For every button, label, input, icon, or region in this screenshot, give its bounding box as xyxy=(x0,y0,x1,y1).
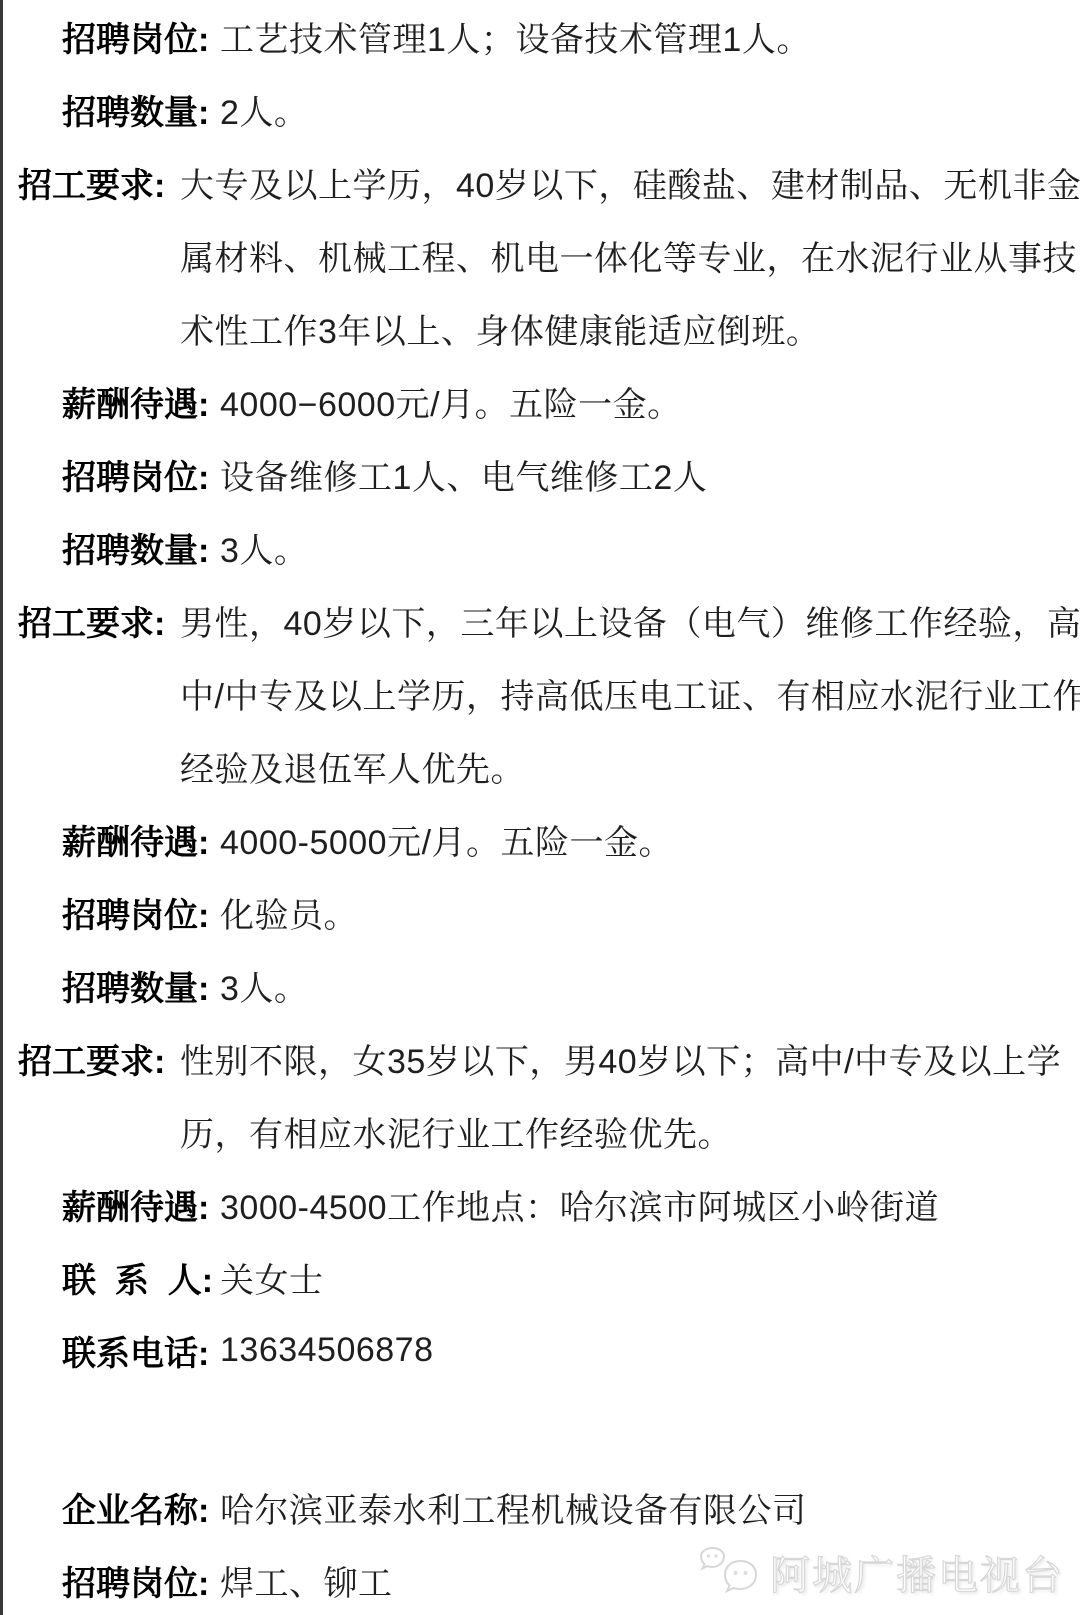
field-label: 招工要求: xyxy=(18,158,180,207)
field-row: 招工要求: 性别不限，女35岁以下，男40岁以下；高中/中专及以上学 xyxy=(0,1022,1080,1095)
field-label: 招聘岗位: xyxy=(62,888,220,937)
field-row: 薪酬待遇: 3000-4500工作地点：哈尔滨市阿城区小岭街道 xyxy=(0,1168,1080,1241)
field-value: 经验及退伍军人优先。 xyxy=(180,742,525,791)
continuation-row: 属材料、机械工程、机电一体化等专业，在水泥行业从事技 xyxy=(0,219,1080,292)
field-row: 招聘岗位: 设备维修工1人、电气维修工2人 xyxy=(0,438,1080,511)
field-value: 4000-5000元/月。五险一金。 xyxy=(220,815,673,864)
field-label: 招聘数量: xyxy=(62,961,220,1010)
field-value: 属材料、机械工程、机电一体化等专业，在水泥行业从事技 xyxy=(180,231,1077,280)
field-value: 中/中专及以上学历，持高低压电工证、有相应水泥行业工作 xyxy=(180,669,1080,718)
field-row: 招聘数量: 3人。 xyxy=(0,949,1080,1022)
field-row: 招聘数量: 2人。 xyxy=(0,73,1080,146)
field-label: 薪酬待遇: xyxy=(62,377,220,426)
field-label: 招聘岗位: xyxy=(62,1556,220,1605)
field-value: 关女士 xyxy=(220,1253,324,1302)
field-row: 企业名称: 哈尔滨亚泰水利工程机械设备有限公司 xyxy=(0,1471,1080,1544)
field-row: 联 系 人: 关女士 xyxy=(0,1241,1080,1314)
field-label: 招工要求: xyxy=(18,596,180,645)
station-logo-icon xyxy=(699,1547,761,1599)
field-value: 3000-4500工作地点：哈尔滨市阿城区小岭街道 xyxy=(220,1180,939,1229)
field-label: 薪酬待遇: xyxy=(62,1180,220,1229)
field-row: 招聘岗位: 化验员。 xyxy=(0,876,1080,949)
field-label: 招聘岗位: xyxy=(62,450,220,499)
field-value: 男性，40岁以下，三年以上设备（电气）维修工作经验，高 xyxy=(180,596,1080,645)
field-value: 术性工作3年以上、身体健康能适应倒班。 xyxy=(180,304,820,353)
continuation-row: 经验及退伍军人优先。 xyxy=(0,730,1080,803)
continuation-row: 中/中专及以上学历，持高低压电工证、有相应水泥行业工作 xyxy=(0,657,1080,730)
field-value: 历，有相应水泥行业工作经验优先。 xyxy=(180,1107,732,1156)
job-posting-document: 招聘岗位: 工艺技术管理1人；设备技术管理1人。 招聘数量: 2人。 招工要求:… xyxy=(0,0,1080,1615)
field-value: 2人。 xyxy=(220,85,308,134)
field-value: 3人。 xyxy=(220,961,308,1010)
field-value: 工艺技术管理1人；设备技术管理1人。 xyxy=(220,12,811,61)
station-watermark: 阿城广播电视台 xyxy=(699,1544,1064,1601)
section-gap xyxy=(0,1387,1080,1471)
field-value: 3人。 xyxy=(220,523,308,572)
field-label: 联 系 人: xyxy=(62,1253,220,1302)
field-value: 焊工、铆工 xyxy=(220,1556,393,1605)
field-label: 招聘岗位: xyxy=(62,12,220,61)
field-row: 招工要求: 男性，40岁以下，三年以上设备（电气）维修工作经验，高 xyxy=(0,584,1080,657)
field-label: 招聘数量: xyxy=(62,85,220,134)
field-value: 化验员。 xyxy=(220,888,358,937)
field-value: 性别不限，女35岁以下，男40岁以下；高中/中专及以上学 xyxy=(180,1034,1061,1083)
field-row: 联系电话: 13634506878 xyxy=(0,1314,1080,1387)
document-body: 招聘岗位: 工艺技术管理1人；设备技术管理1人。 招聘数量: 2人。 招工要求:… xyxy=(0,0,1080,1615)
field-row: 招聘数量: 3人。 xyxy=(0,511,1080,584)
field-value: 4000−6000元/月。五险一金。 xyxy=(220,377,682,426)
station-watermark-text: 阿城广播电视台 xyxy=(770,1544,1064,1601)
field-row: 招聘岗位: 工艺技术管理1人；设备技术管理1人。 xyxy=(0,0,1080,73)
field-label: 招工要求: xyxy=(18,1034,180,1083)
field-label: 企业名称: xyxy=(62,1483,220,1532)
field-value: 大专及以上学历，40岁以下，硅酸盐、建材制品、无机非金 xyxy=(180,158,1080,207)
field-value: 设备维修工1人、电气维修工2人 xyxy=(220,450,707,499)
field-row: 薪酬待遇: 4000−6000元/月。五险一金。 xyxy=(0,365,1080,438)
field-value: 13634506878 xyxy=(220,1331,434,1370)
field-label: 薪酬待遇: xyxy=(62,815,220,864)
continuation-row: 术性工作3年以上、身体健康能适应倒班。 xyxy=(0,292,1080,365)
field-label: 招聘数量: xyxy=(62,523,220,572)
continuation-row: 历，有相应水泥行业工作经验优先。 xyxy=(0,1095,1080,1168)
field-row: 薪酬待遇: 4000-5000元/月。五险一金。 xyxy=(0,803,1080,876)
field-label: 联系电话: xyxy=(62,1326,220,1375)
field-value: 哈尔滨亚泰水利工程机械设备有限公司 xyxy=(220,1483,807,1532)
field-row: 招工要求: 大专及以上学历，40岁以下，硅酸盐、建材制品、无机非金 xyxy=(0,146,1080,219)
